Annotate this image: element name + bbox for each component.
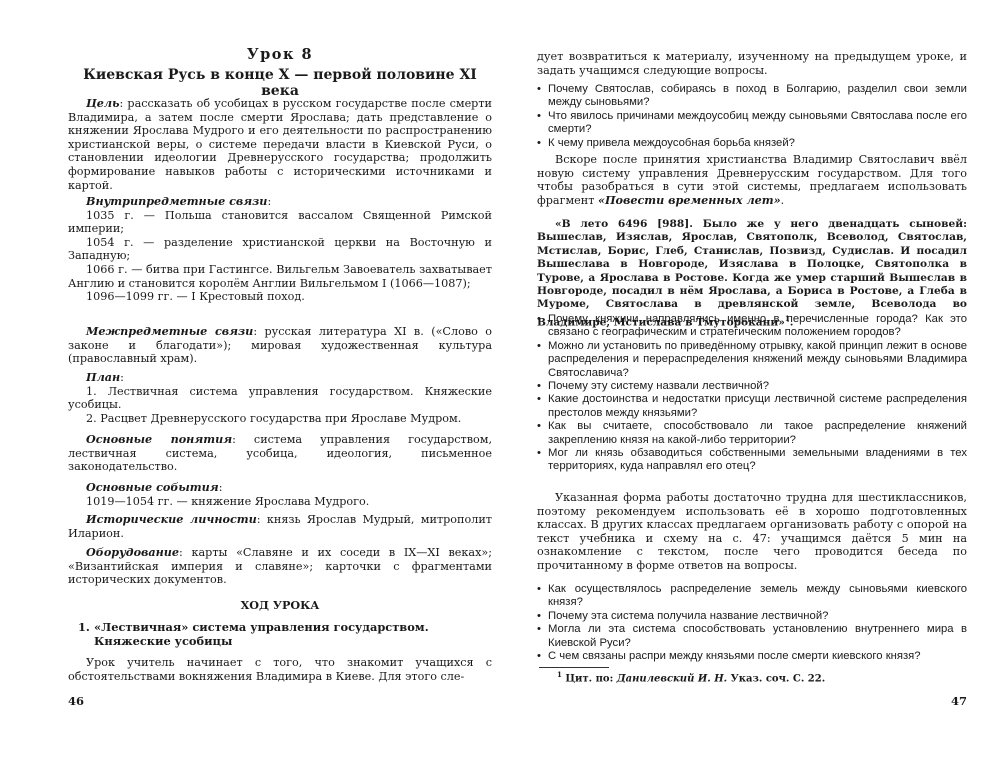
quote-text: «В лето 6496 [988]. Было же у него двена… [537,218,967,328]
question-text: Как вы считаете, способствовало ли такое… [548,420,967,445]
question-item: •Почему княжичи направлялись именно в пе… [537,313,967,340]
footnote-divider [539,667,609,668]
persons-label: Исторические личности [86,512,257,526]
equipment-paragraph: Оборудование: карты «Славяне и их соседи… [68,546,492,587]
intra-subject-item: 1096—1099 гг. — I Крестовый поход. [68,290,492,304]
question-item: •Какие достоинства и недостатки присущи … [537,393,967,420]
question-text: Можно ли установить по приведённому отры… [548,340,967,379]
bullet-icon: • [537,610,541,623]
concepts-paragraph: Основные понятия: система управления гос… [68,433,492,474]
bullet-icon: • [537,420,541,433]
paragraph-3: Указанная форма работы достаточно трудна… [537,491,967,573]
question-text: Как осуществлялось распределение земель … [548,583,967,608]
section-number: 1. [78,620,94,634]
bullet-icon: • [537,583,541,596]
section-1-heading: 1.«Лествичная» система управления госуда… [78,620,478,648]
question-item: •С чем связаны распри между князьями пос… [537,650,967,663]
question-list-2: •Почему княжичи направлялись именно в пе… [537,313,967,474]
question-text: Мог ли князь обзаводиться собственными з… [548,447,967,472]
page-number-left: 46 [68,694,84,708]
intra-subject-section: Внутрипредметные связи: 1035 г. — Польша… [68,195,492,304]
intra-subject-label: Внутрипредметные связи [86,194,267,208]
question-item: •Почему эта система получила название ле… [537,610,967,623]
intra-subject-item: 1054 г. — разделение христианской церкви… [68,236,492,263]
section-title-line1: «Лествичная» система управления государс… [94,620,429,634]
question-text: Что явилось причинами междоусобиц между … [548,110,967,135]
right-page: дует возвратиться к материалу, изученном… [537,0,967,762]
footnote-suffix: Указ. соч. С. 22. [727,673,825,684]
question-item: •Могла ли эта система способствовать уст… [537,623,967,650]
footnote: 1 Цит. по: Данилевский И. Н. Указ. соч. … [557,670,825,684]
page-number-right: 47 [951,694,967,708]
question-text: Какие достоинства и недостатки присущи л… [548,393,967,418]
paragraph-2: Вскоре после принятия христианства Влади… [537,153,967,207]
plan-item: 1. Лествичная система управления государ… [68,385,492,412]
events-section: Основные события: 1019—1054 гг. — княжен… [68,481,492,508]
bullet-icon: • [537,623,541,636]
label-colon: : [120,371,124,384]
persons-paragraph: Исторические личности: князь Ярослав Муд… [68,513,492,540]
bullet-icon: • [537,137,541,150]
intro-paragraph: Урок учитель начинает с того, что знаком… [68,656,492,683]
left-page: Урок 8 Киевская Русь в конце X — первой … [68,0,492,762]
question-text: Почему эту систему назвали лествичной? [548,380,769,392]
footnote-author: Данилевский И. Н. [617,673,727,684]
paragraph-2-end: . [781,194,785,207]
question-text: С чем связаны распри между князьями посл… [548,650,921,662]
inter-subject-label: Межпредметные связи [86,324,253,338]
footnote-prefix: Цит. по: [565,673,616,684]
question-text: К чему привела междоусобная борьба князе… [548,137,795,149]
question-item: •Мог ли князь обзаводиться собственными … [537,447,967,474]
intra-subject-item: 1066 г. — битва при Гастингсе. Вильгельм… [68,263,492,290]
bullet-icon: • [537,447,541,460]
label-colon: : [267,195,271,208]
plan-section: План: 1. Лествичная система управления г… [68,371,492,425]
bullet-icon: • [537,380,541,393]
goal-text: : рассказать об усобицах в русском госуд… [68,97,492,192]
bullet-icon: • [537,110,541,123]
question-item: •К чему привела междоусобная борьба княз… [537,137,967,150]
question-item: •Как осуществлялось распределение земель… [537,583,967,610]
inter-subject-paragraph: Межпредметные связи: русская литература … [68,325,492,366]
events-label: Основные события [86,480,219,494]
plan-item: 2. Расцвет Древнерусского государства пр… [68,412,492,426]
question-text: Почему Святослав, собираясь в поход в Бо… [548,83,967,108]
continuation-paragraph: дует возвратиться к материалу, изученном… [537,50,967,77]
goal-label: Цель [86,96,120,110]
question-text: Почему княжичи направлялись именно в пер… [548,313,967,338]
bullet-icon: • [537,340,541,353]
question-item: •Можно ли установить по приведённому отр… [537,340,967,380]
concepts-label: Основные понятия [86,432,232,446]
bullet-icon: • [537,393,541,406]
equipment-label: Оборудование [86,545,179,559]
source-title: «Повести временных лет» [598,193,781,207]
question-list-3: •Как осуществлялось распределение земель… [537,583,967,663]
question-item: •Почему эту систему назвали лествичной? [537,380,967,393]
lesson-flow-heading: ХОД УРОКА [68,598,492,612]
section-title-line2: Княжеские усобицы [78,634,478,648]
question-text: Могла ли эта система способствовать уста… [548,623,967,648]
footnote-mark: 1 [557,670,562,679]
intra-subject-item: 1035 г. — Польша становится вассалом Свя… [68,209,492,236]
question-list-1: •Почему Святослав, собираясь в поход в Б… [537,83,967,150]
bullet-icon: • [537,313,541,326]
goal-paragraph: Цель: рассказать об усобицах в русском г… [68,97,492,192]
question-item: •Что явилось причинами междоусобиц между… [537,110,967,137]
plan-label: План [86,370,120,384]
label-colon: : [219,481,223,494]
question-item: •Как вы считаете, способствовало ли тако… [537,420,967,447]
bullet-icon: • [537,83,541,96]
lesson-number: Урок 8 [68,46,492,63]
question-item: •Почему Святослав, собираясь в поход в Б… [537,83,967,110]
bullet-icon: • [537,650,541,663]
lesson-title: Киевская Русь в конце X — первой половин… [68,67,492,99]
question-text: Почему эта система получила название лес… [548,610,828,622]
events-item: 1019—1054 гг. — княжение Ярослава Мудрог… [68,495,492,509]
